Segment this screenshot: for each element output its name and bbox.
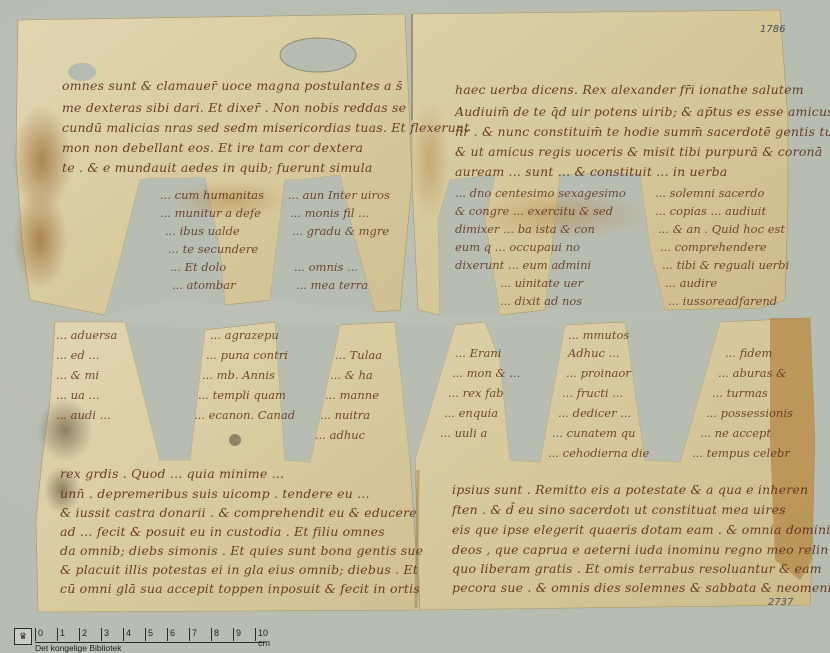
text-line: ... cunatem qu [552,426,636,440]
text-line: te . & e mundauit aedes in quib; fuerunt… [62,160,372,175]
ruler-tick: 5 [145,628,153,641]
text-line: ... uinitate uer [500,276,583,290]
text-line: ... dixit ad nos [500,294,582,308]
text-line: ... mb. Annis [202,368,275,382]
text-line: rex grdis . Quod ... quia minime ... [60,466,284,481]
text-line: ... copias ... audiuit [655,204,766,218]
ruler-tick: 3 [101,628,109,641]
text-line: ... ne accept [700,426,771,440]
ruler-tick: 0 [35,628,43,641]
text-line: ... ecanon. Canad [194,408,295,422]
text-line: ... nuitra [320,408,370,422]
text-line: ... dno centesimo sexagesimo [455,186,626,200]
text-line: me dexteras sibi dari. Et dixer̄ . Non n… [62,100,406,115]
text-line: ... Et dolo [170,260,226,274]
text-line: ... possessionis [706,406,793,420]
text-line: eum q ... occupaui no [455,240,580,254]
text-line: dimixer ... ba ista & con [455,222,595,236]
ruler-scale: 0 1 2 3 4 5 6 7 8 9 10 cm [35,628,265,643]
text-line: ... tempus celebr [692,446,790,460]
text-line: unn̄ . depremeribus suis uicomp . tender… [60,486,370,501]
text-line: ipsius sunt . Remitto eis a potestate & … [452,482,808,497]
text-line: ... aun Inter uiros [288,188,390,202]
text-line: ... gradu & mgre [292,224,389,238]
ruler-tick: 8 [211,628,219,641]
text-line: eis que ipse elegerit quaeris dotam eam … [452,522,830,537]
text-line: ... mon & ... [452,366,520,380]
text-line: ... agrazepu [210,328,279,342]
scan-background: omnes sunt & clamauer̄ uoce magna postul… [0,0,830,653]
text-line: ... dedicer ... [558,406,631,420]
folio-number-bottom: 2737 [768,597,793,608]
text-line: ... omnis ... [294,260,358,274]
text-line: & congre ... exercitu & sed [455,204,613,218]
text-line: omnes sunt & clamauer̄ uoce magna postul… [62,78,402,93]
text-line: ... adhuc [315,428,365,442]
text-line: ... te secundere [168,242,258,256]
text-line: ... turmas [712,386,768,400]
text-line: & iussit castra donarii . & comprehendit… [60,505,417,520]
text-line: Adhuc ... [568,346,620,360]
text-line: ... solemni sacerdo [655,186,764,200]
text-line: dixerunt ... eum admini [455,258,591,272]
text-line: deos , que caprua e aeterni iuda inominu… [452,542,829,557]
ruler-tick: 9 [233,628,241,641]
text-line: ... rex fab [448,386,504,400]
text-line: ... audire [665,276,717,290]
text-line: ... munitur a defe [160,206,261,220]
parchment-hole [280,38,356,72]
text-line: ... aburas & [718,366,786,380]
text-line: pecora sue . & omnis dies solemnes & sab… [452,580,830,595]
text-line: ... atombar [172,278,236,292]
ruler-tick: 10 cm [255,628,270,641]
ruler-tick: 4 [123,628,131,641]
text-line: ... uuli a [440,426,487,440]
text-line: da omnib; diebs simonis . Et quies sunt … [60,543,423,558]
text-line: ... templi quam [198,388,286,402]
text-line: ... Erani [455,346,501,360]
text-line: n̄r . & nunc constituim̄ te hodie summ̄ … [455,124,830,139]
text-line: ... & mi [56,368,99,382]
text-line: mon non debellant eos. Et ire tam cor de… [62,140,363,155]
ruler-tick: 2 [79,628,87,641]
text-line: ... cehodierna die [548,446,649,460]
text-line: ... Tulaa [335,348,382,362]
folio-number-top: 1786 [760,24,785,35]
text-line: ... ibus ualde [165,224,240,238]
text-line: ften . & d̄ eu sino sacerdotı ut constit… [452,502,786,517]
text-line: cū omni glā sua accepit toppen inposuit… [60,581,420,596]
text-line: ... comprehendere [660,240,767,254]
text-line: ... iussoreadfarend [668,294,777,308]
text-line: ... proinaor [566,366,631,380]
text-line: quo liberam gratis . Et omis terrabus re… [452,561,822,576]
ruler-tick: 1 [57,628,65,641]
text-line: ... & ha [330,368,373,382]
text-line: cundū malicias nras sed sedm misericord… [62,120,469,135]
library-caption: Det kongelige Bibliotek [35,643,121,653]
text-line: ... mmutos [568,328,629,342]
text-line: ... audi ... [56,408,111,422]
text-line: & placuit illis potestas ei in gla eius … [60,562,418,577]
text-line: auream ... sunt ... & constituit ... in … [455,164,727,179]
text-line: ... & an . Quid hoc est [658,222,785,236]
text-line: ... tibi & reguali uerbi [662,258,789,272]
text-line: ... mea terra [296,278,368,292]
text-line: ... ua ... [56,388,100,402]
text-line: ... enquia [444,406,498,420]
text-line: & ut amicus regis uoceris & misit tibi p… [455,144,822,159]
ruler-tick: 6 [167,628,175,641]
text-line: ... puna contri [206,348,288,362]
text-line: ad ... fecit & posuit eu in custodia . E… [60,524,385,539]
text-line: ... fidem [725,346,772,360]
ruler-tick: 7 [189,628,197,641]
text-line: ... fructi ... [562,386,623,400]
text-line: ... aduersa [56,328,117,342]
text-line: ... cum humanitas [160,188,264,202]
text-line: ... manne [325,388,379,402]
text-line: ... ed ... [56,348,99,362]
text-line: ... monis fil ... [290,206,369,220]
text-line: Audiuim̄ de te q̄d uir potens uirib; & a… [455,104,830,119]
crown-icon: ♛ [14,628,32,645]
text-line: haec uerba dicens. Rex alexander fr̄i io… [455,82,804,97]
scale-ruler: ♛ 0 1 2 3 4 5 6 7 8 9 10 cm Det kongelig… [14,628,314,650]
